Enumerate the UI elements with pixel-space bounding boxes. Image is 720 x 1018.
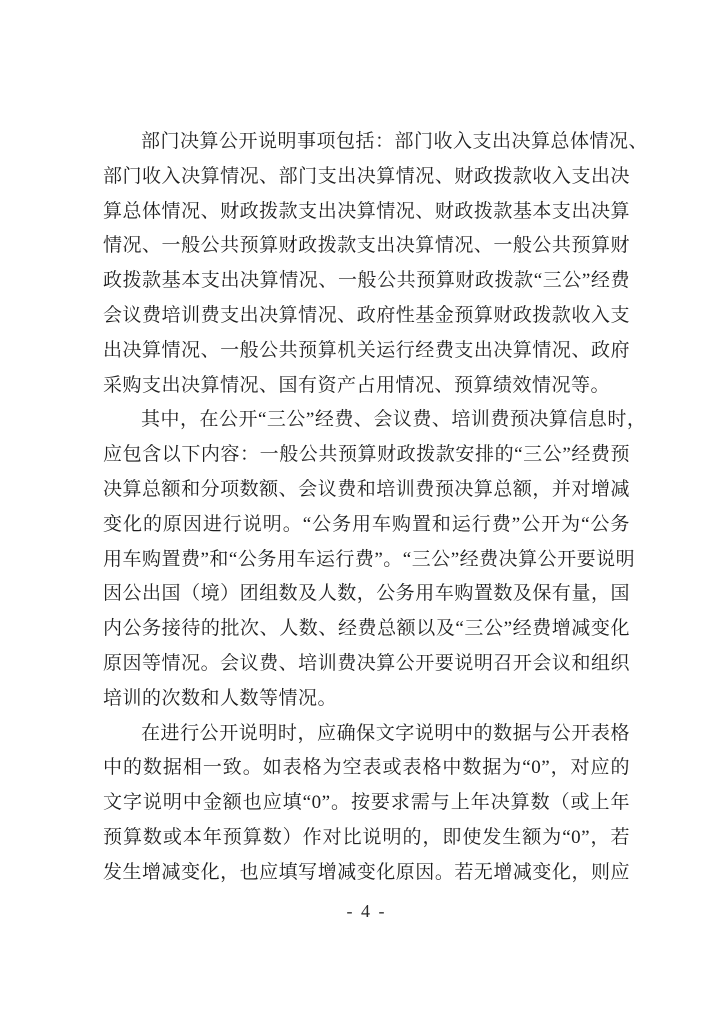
paragraph: 其中，在公开“三公”经费、会议费、培训费预决算信息时，应包含以下内容：一般公共预… bbox=[103, 403, 630, 716]
text-line: 政拨款基本支出决算情况、一般公共预算财政拨款“三公”经费 bbox=[103, 264, 630, 299]
text-line: 出决算情况、一般公共预算机关运行经费支出决算情况、政府 bbox=[103, 334, 630, 369]
text-line: 部门收入决算情况、部门支出决算情况、财政拨款收入支出决 bbox=[103, 160, 630, 195]
text-line: 原因等情况。会议费、培训费决算公开要说明召开会议和组织 bbox=[103, 647, 630, 682]
document-text: 部门决算公开说明事项包括：部门收入支出决算总体情况、部门收入决算情况、部门支出决… bbox=[103, 125, 630, 891]
text-line: 其中，在公开“三公”经费、会议费、培训费预决算信息时， bbox=[103, 403, 630, 438]
text-line: 决算总额和分项数额、会议费和培训费预决算总额，并对增减 bbox=[103, 473, 630, 508]
text-line: 部门决算公开说明事项包括：部门收入支出决算总体情况、 bbox=[103, 125, 630, 160]
text-line: 情况、一般公共预算财政拨款支出决算情况、一般公共预算财 bbox=[103, 229, 630, 264]
text-line: 中的数据相一致。如表格为空表或表格中数据为“0”，对应的 bbox=[103, 751, 630, 786]
paragraph: 在进行公开说明时，应确保文字说明中的数据与公开表格中的数据相一致。如表格为空表或… bbox=[103, 717, 630, 891]
text-line: 在进行公开说明时，应确保文字说明中的数据与公开表格 bbox=[103, 717, 630, 752]
text-line: 文字说明中金额也应填“0”。按要求需与上年决算数（或上年 bbox=[103, 786, 630, 821]
text-line: 培训的次数和人数等情况。 bbox=[103, 682, 630, 717]
text-line: 算总体情况、财政拨款支出决算情况、财政拨款基本支出决算 bbox=[103, 195, 630, 230]
text-line: 发生增减变化，也应填写增减变化原因。若无增减变化，则应 bbox=[103, 856, 630, 891]
paragraph: 部门决算公开说明事项包括：部门收入支出决算总体情况、部门收入决算情况、部门支出决… bbox=[103, 125, 630, 403]
text-line: 变化的原因进行说明。“公务用车购置和运行费”公开为“公务 bbox=[103, 508, 630, 543]
text-line: 预算数或本年预算数）作对比说明的，即使发生额为“0”，若 bbox=[103, 821, 630, 856]
text-line: 应包含以下内容：一般公共预算财政拨款安排的“三公”经费预 bbox=[103, 438, 630, 473]
document-page: 部门决算公开说明事项包括：部门收入支出决算总体情况、部门收入决算情况、部门支出决… bbox=[0, 0, 720, 1018]
text-line: 内公务接待的批次、人数、经费总额以及“三公”经费增减变化 bbox=[103, 612, 630, 647]
page-number: - 4 - bbox=[103, 898, 630, 924]
text-line: 采购支出决算情况、国有资产占用情况、预算绩效情况等。 bbox=[103, 369, 630, 404]
text-line: 会议费培训费支出决算情况、政府性基金预算财政拨款收入支 bbox=[103, 299, 630, 334]
text-line: 用车购置费”和“公务用车运行费”。“三公”经费决算公开要说明 bbox=[103, 543, 630, 578]
text-line: 因公出国（境）团组数及人数，公务用车购置数及保有量，国 bbox=[103, 577, 630, 612]
